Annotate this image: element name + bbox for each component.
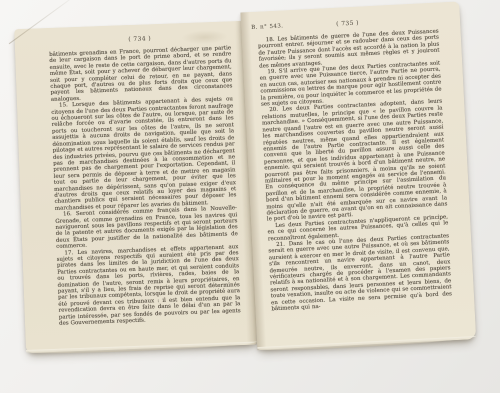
paragraph-article-16: 16. Seront considérés comme français dan… [55, 205, 238, 250]
left-page-deckle-edge [26, 342, 257, 355]
paragraph-continuation: bâtiments grenadins en France, pourront … [49, 45, 233, 103]
right-page-deckle-edge [257, 336, 476, 352]
photo-background: ( 734 ) bâtiments grenadins en France, p… [0, 0, 500, 393]
right-page: B. n° 543. ( 735 ) 18. Les bâtiments de … [240, 1, 476, 350]
page-number-left: ( 734 ) [49, 32, 231, 46]
document-spread: ( 734 ) bâtiments grenadins en France, p… [12, 2, 473, 364]
paragraph-article-21: 21. Dans le cas où l'une des deux Partie… [268, 233, 452, 313]
paragraph-article-20: 20. Les deux Parties contractantes adopt… [261, 99, 448, 223]
paragraph-article-17: 17. Les navires, marchandises et effets … [56, 244, 241, 327]
paragraph-article-15: 15. Lorsque des bâtiments appartenant à … [51, 97, 237, 213]
left-page: ( 734 ) bâtiments grenadins en France, p… [14, 21, 257, 353]
